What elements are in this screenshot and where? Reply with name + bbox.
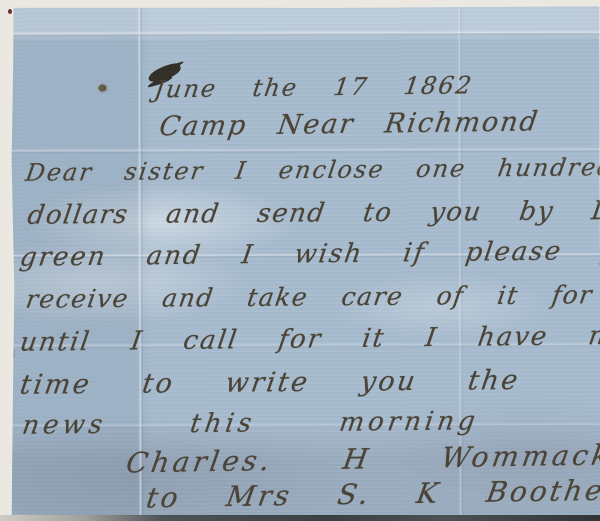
horizontal-crease-1 [10,30,599,37]
paper-edge-notch [11,349,15,359]
photo-frame: June the 17 1862 Camp Near Richmond Dear… [0,0,600,521]
letter-line-body-2: dollars and send to you by Lt [26,196,600,231]
letter-line-body-5: until I call for it I have not [18,321,600,358]
photo-bottom-edge-shadow [0,515,600,521]
letter-line-addressee: to Mrs S. K Boothe [144,474,600,515]
letter-line-body-7: news this morning [20,406,481,440]
horizontal-crease-2 [11,147,600,154]
letter-line-place: Camp Near Richmond [157,106,541,142]
letter-line-body-3: green and I wish if please you [18,236,600,273]
letter-line-signature: Charles. H Wommack [124,438,600,479]
letter-line-body-4: receive and take care of it for me [24,280,600,314]
letter-line-body-1: Dear sister I enclose one hundred [24,153,600,187]
letter-paper: June the 17 1862 Camp Near Richmond Dear… [10,6,600,517]
olive-stain-speck [99,85,107,92]
letter-line-body-6: time to write you the [18,365,522,401]
red-ink-speck [8,9,12,14]
letter-line-date: June the 17 1862 [153,71,476,103]
